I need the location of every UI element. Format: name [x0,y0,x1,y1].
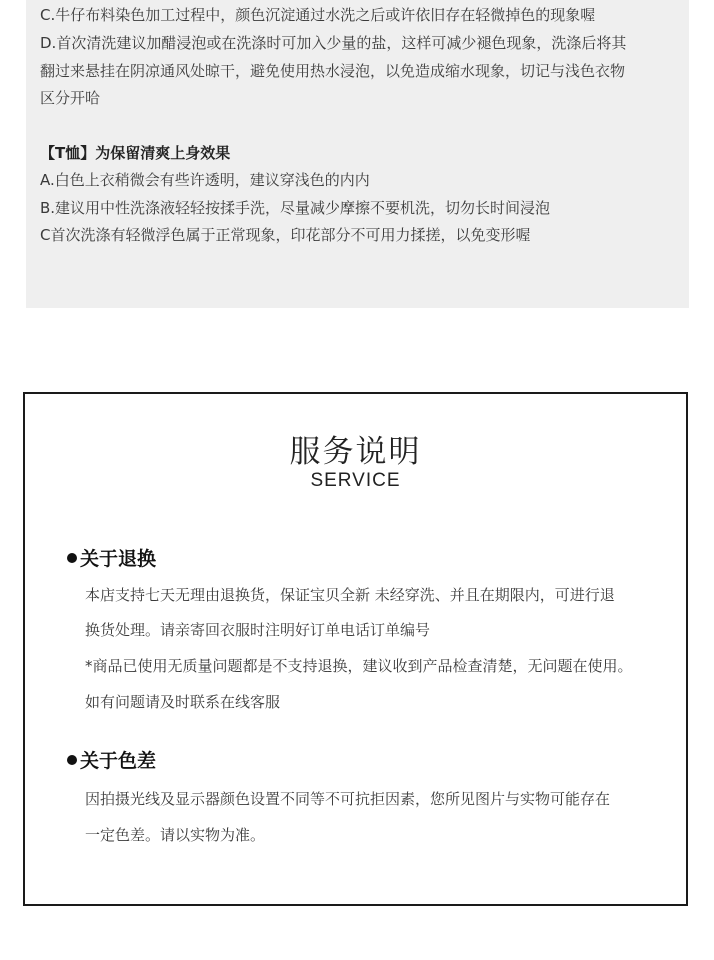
color-diff-heading-text: 关于色差 [80,750,156,772]
care-line-tshirt-c: C首次洗涤有轻微浮色属于正常现象，印花部分不可用力揉搓，以免变形喔 [40,225,530,245]
care-instructions-panel: C.牛仔布料染色加工过程中，颜色沉淀通过水洗之后或许依旧存在轻微掉色的现象喔 D… [26,0,689,308]
care-line-tshirt-b: B.建议用中性洗涤液轻轻按揉手洗，尽量减少摩擦不要机洗，切勿长时间浸泡 [40,198,550,218]
tshirt-heading: 【T恤】为保留清爽上身效果 [40,143,230,163]
bullet-icon [67,553,77,563]
service-subtitle: SERVICE [25,470,686,492]
bullet-icon [67,755,77,765]
care-line-denim-d: D.首次清洗建议加醋浸泡或在洗涤时可加入少量的盐，这样可减少褪色现象，洗涤后将其 [40,33,626,53]
service-title: 服务说明 [25,432,686,472]
color-diff-line: 因拍摄光线及显示器颜色设置不同等不可抗拒因素，您所见图片与实物可能存在 [85,789,610,809]
returns-heading-text: 关于退换 [80,548,156,570]
service-info-box: 服务说明 SERVICE 关于退换 本店支持七天无理由退换货，保证宝贝全新 未经… [23,392,688,906]
returns-line: *商品已使用无质量问题都是不支持退换，建议收到产品检查清楚，无问题在使用。 [85,656,633,676]
color-diff-line: 一定色差。请以实物为准。 [85,825,265,845]
returns-line: 换货处理。请亲寄回衣服时注明好订单电话订单编号 [85,620,430,640]
returns-line: 如有问题请及时联系在线客服 [85,692,280,712]
care-line-denim-c: C.牛仔布料染色加工过程中，颜色沉淀通过水洗之后或许依旧存在轻微掉色的现象喔 [40,5,595,25]
care-line-denim-d-cont: 翻过来悬挂在阴凉通风处晾干，避免使用热水浸泡，以免造成缩水现象，切记与浅色衣物 [40,61,625,81]
care-line-tshirt-a: A.白色上衣稍微会有些许透明，建议穿浅色的内内 [40,170,370,190]
care-line-denim-d-end: 区分开哈 [40,88,100,108]
color-diff-heading: 关于色差 [67,748,156,774]
returns-heading: 关于退换 [67,546,156,572]
returns-line: 本店支持七天无理由退换货，保证宝贝全新 未经穿洗、并且在期限内，可进行退 [85,585,615,605]
